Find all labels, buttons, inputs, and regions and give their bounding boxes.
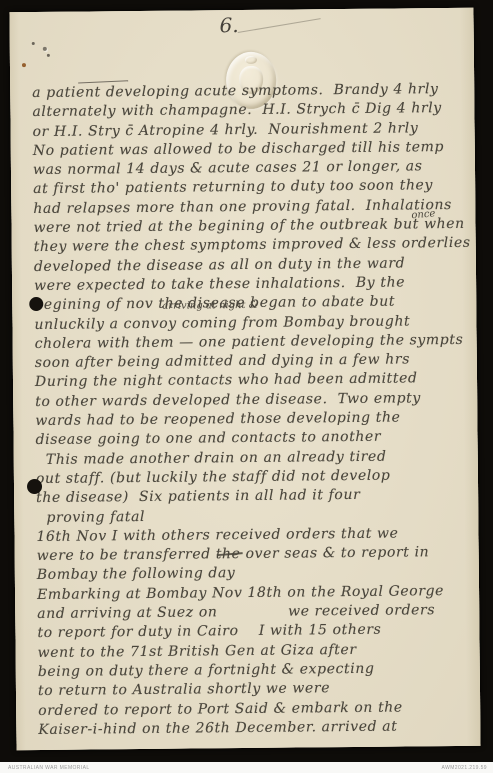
scan-background: 6. a patient developing acute symptoms. …: [0, 0, 493, 773]
archive-name-label: AUSTRALIAN WAR MEMORIAL: [8, 765, 90, 771]
page-number: 6.: [219, 13, 238, 37]
handwriting-line: Kaiser-i-hind on the 26th December. arri…: [38, 717, 476, 741]
punch-hole-bottom: [27, 479, 42, 494]
pen-flourish: [238, 18, 321, 33]
accession-number-label: AWM2021.219.59: [442, 765, 487, 771]
pin-mark: [47, 54, 50, 57]
insertion-once: once: [411, 208, 436, 221]
rust-spot: [22, 63, 26, 67]
manuscript-page: 6. a patient developing acute symptoms. …: [9, 8, 480, 750]
handwriting-block: a patient developing acute symptoms. Bra…: [32, 80, 476, 740]
pin-mark: [43, 47, 47, 51]
insertion-arriving-at-night: arriving at night &: [162, 300, 257, 312]
archive-footer-strip: AUSTRALIAN WAR MEMORIAL AWM2021.219.59: [0, 762, 493, 773]
punch-hole-top: [29, 297, 43, 311]
pin-mark: [32, 42, 35, 45]
